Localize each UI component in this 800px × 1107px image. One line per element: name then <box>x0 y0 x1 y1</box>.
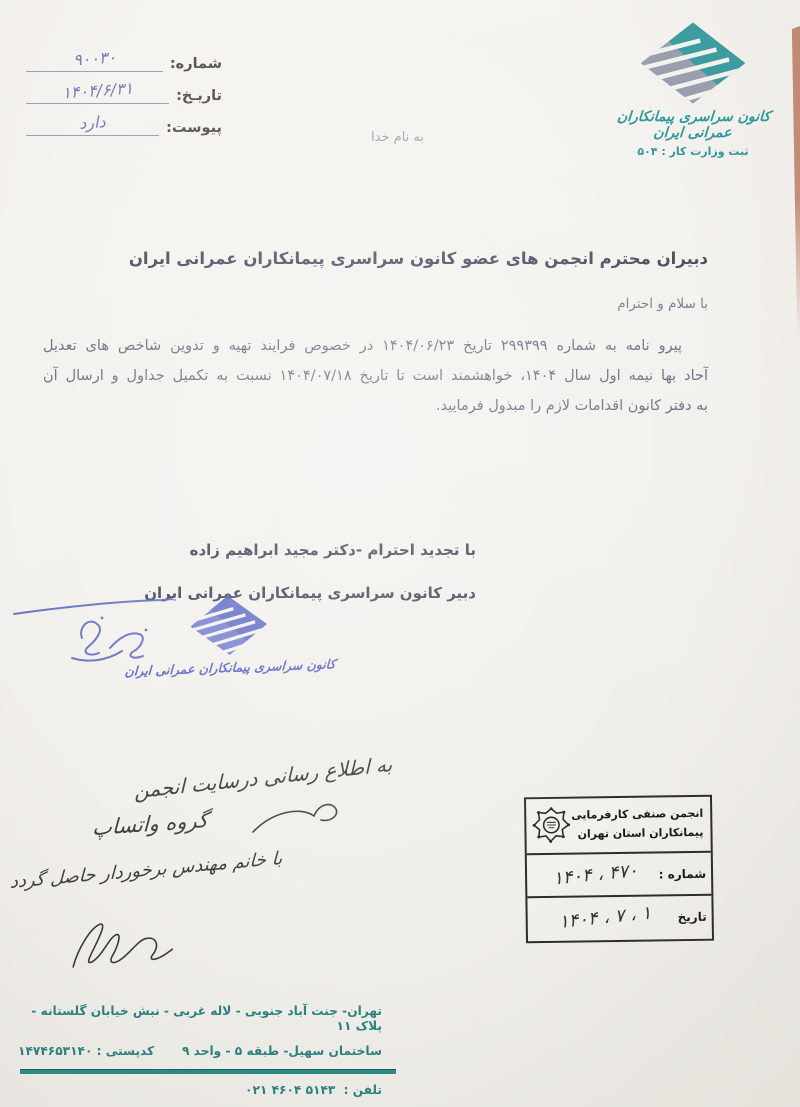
bismillah-text: به نام خدا <box>371 130 424 145</box>
handwritten-note: گروه واتساپ <box>92 808 209 840</box>
body-line: به دفتر کانون اقدامات لازم را مبذول فرما… <box>43 391 708 421</box>
received-org-line2: پیمانکاران استان تهران <box>571 824 703 845</box>
number-value-handwritten: ۹۰۰۳۰ <box>72 48 116 70</box>
handwritten-note: با خانم مهندس برخوردار حاصل گردد <box>9 848 282 893</box>
phone-line: تلفن : ۰۲۱ ۴۶۰۴ ۵۱۴۳ <box>8 1083 396 1098</box>
salutation-line: با سلام و احترام <box>617 296 708 312</box>
phone-value: ۰۲۱ ۴۶۰۴ ۵۱۴۳ <box>245 1083 335 1097</box>
body-line: پیرو نامه به شماره ۲۹۹۳۹۹ تاریخ ۱۴۰۴/۰۶/… <box>43 331 708 361</box>
meta-row-date: تاریـخ: ۱۴۰۴/۶/۳۱ <box>26 72 222 104</box>
meta-row-number: شماره: ۹۰۰۳۰ <box>26 40 222 72</box>
number-label: شماره: <box>170 56 222 72</box>
received-stamp-header: انجمن صنفی کارفرمایی پیمانکاران استان ته… <box>526 797 711 856</box>
received-stamp-date-row: تاریخ ۱۴۰۴ ، ۷ ، ۱ <box>527 896 712 940</box>
footer-divider <box>20 1069 396 1074</box>
received-org-line1: انجمن صنفی کارفرمایی <box>571 805 703 826</box>
address-building: ساختمان سهیل- طبقه ۵ - واحد ۹ <box>182 1044 382 1059</box>
meta-row-attachment: پیوست: دارد <box>26 104 222 136</box>
received-number-label: شماره : <box>659 866 707 881</box>
received-number-value: ۱۴۰۴ ، ۴۷۰ <box>531 858 659 892</box>
received-stamp-number-row: شماره : ۱۴۰۴ ، ۴۷۰ <box>527 853 712 899</box>
date-underline: ۱۴۰۴/۶/۳۱ <box>26 79 169 104</box>
phone-label: تلفن : <box>344 1083 382 1097</box>
letter-body: پیرو نامه به شماره ۲۹۹۳۹۹ تاریخ ۱۴۰۴/۰۶/… <box>43 331 708 421</box>
letterhead: کانون سراسری پیمانکاران عمرانی ایران ثبت… <box>598 20 788 158</box>
received-stamp-org: انجمن صنفی کارفرمایی پیمانکاران استان ته… <box>571 805 706 844</box>
registration-number: ثبت وزارت کار : ۵۰۴ <box>598 145 788 158</box>
closing-line: با تجدید احترام -دکتر مجید ابراهیم زاده <box>190 541 476 559</box>
address-line-2: ساختمان سهیل- طبقه ۵ - واحد ۹ کدپستی : ۱… <box>8 1044 396 1059</box>
attachment-underline: دارد <box>26 111 159 136</box>
received-date-value: ۱۴۰۴ ، ۷ ، ۱ <box>532 900 678 936</box>
scan-edge-artifact <box>791 26 800 338</box>
attachment-label: پیوست: <box>166 120 222 136</box>
attachment-value-handwritten: دارد <box>79 112 107 133</box>
received-stamp-box: انجمن صنفی کارفرمایی پیمانکاران استان ته… <box>524 795 714 944</box>
letter-meta-block: شماره: ۹۰۰۳۰ تاریـخ: ۱۴۰۴/۶/۳۱ پیوست: دا… <box>26 40 222 136</box>
organization-stamp: کانون سراسری پیمانکاران عمرانی ایران <box>117 590 342 679</box>
stamp-organization-name: کانون سراسری پیمانکاران عمرانی ایران <box>119 656 342 679</box>
organization-name: کانون سراسری پیمانکاران عمرانی ایران <box>597 109 789 141</box>
date-label: تاریـخ: <box>176 88 222 104</box>
postal-code: کدپستی : ۱۴۷۴۶۵۳۱۴۰ <box>18 1044 154 1059</box>
footer-contact-block: تهران- جنت آباد جنوبی - لاله غربی - نبش … <box>8 1004 396 1107</box>
association-seal-icon <box>531 805 572 848</box>
handwriting-flourish-icon <box>248 792 343 847</box>
handwritten-signature-icon <box>58 912 183 974</box>
scanned-letter-page: شماره: ۹۰۰۳۰ تاریـخ: ۱۴۰۴/۶/۳۱ پیوست: دا… <box>0 0 800 1107</box>
received-date-label: تاریخ <box>677 909 706 923</box>
organization-stamp-logo-icon <box>187 593 271 660</box>
address-line-1: تهران- جنت آباد جنوبی - لاله غربی - نبش … <box>8 1004 396 1034</box>
date-value-handwritten: ۱۴۰۴/۶/۳۱ <box>62 79 134 103</box>
number-underline: ۹۰۰۳۰ <box>26 47 163 72</box>
organization-logo-icon <box>637 20 749 108</box>
recipient-line: دبیران محترم انجمن های عضو کانون سراسری … <box>129 249 708 268</box>
body-line: آحاد بها نیمه اول سال ۱۴۰۴، خواهشمند است… <box>43 361 708 391</box>
